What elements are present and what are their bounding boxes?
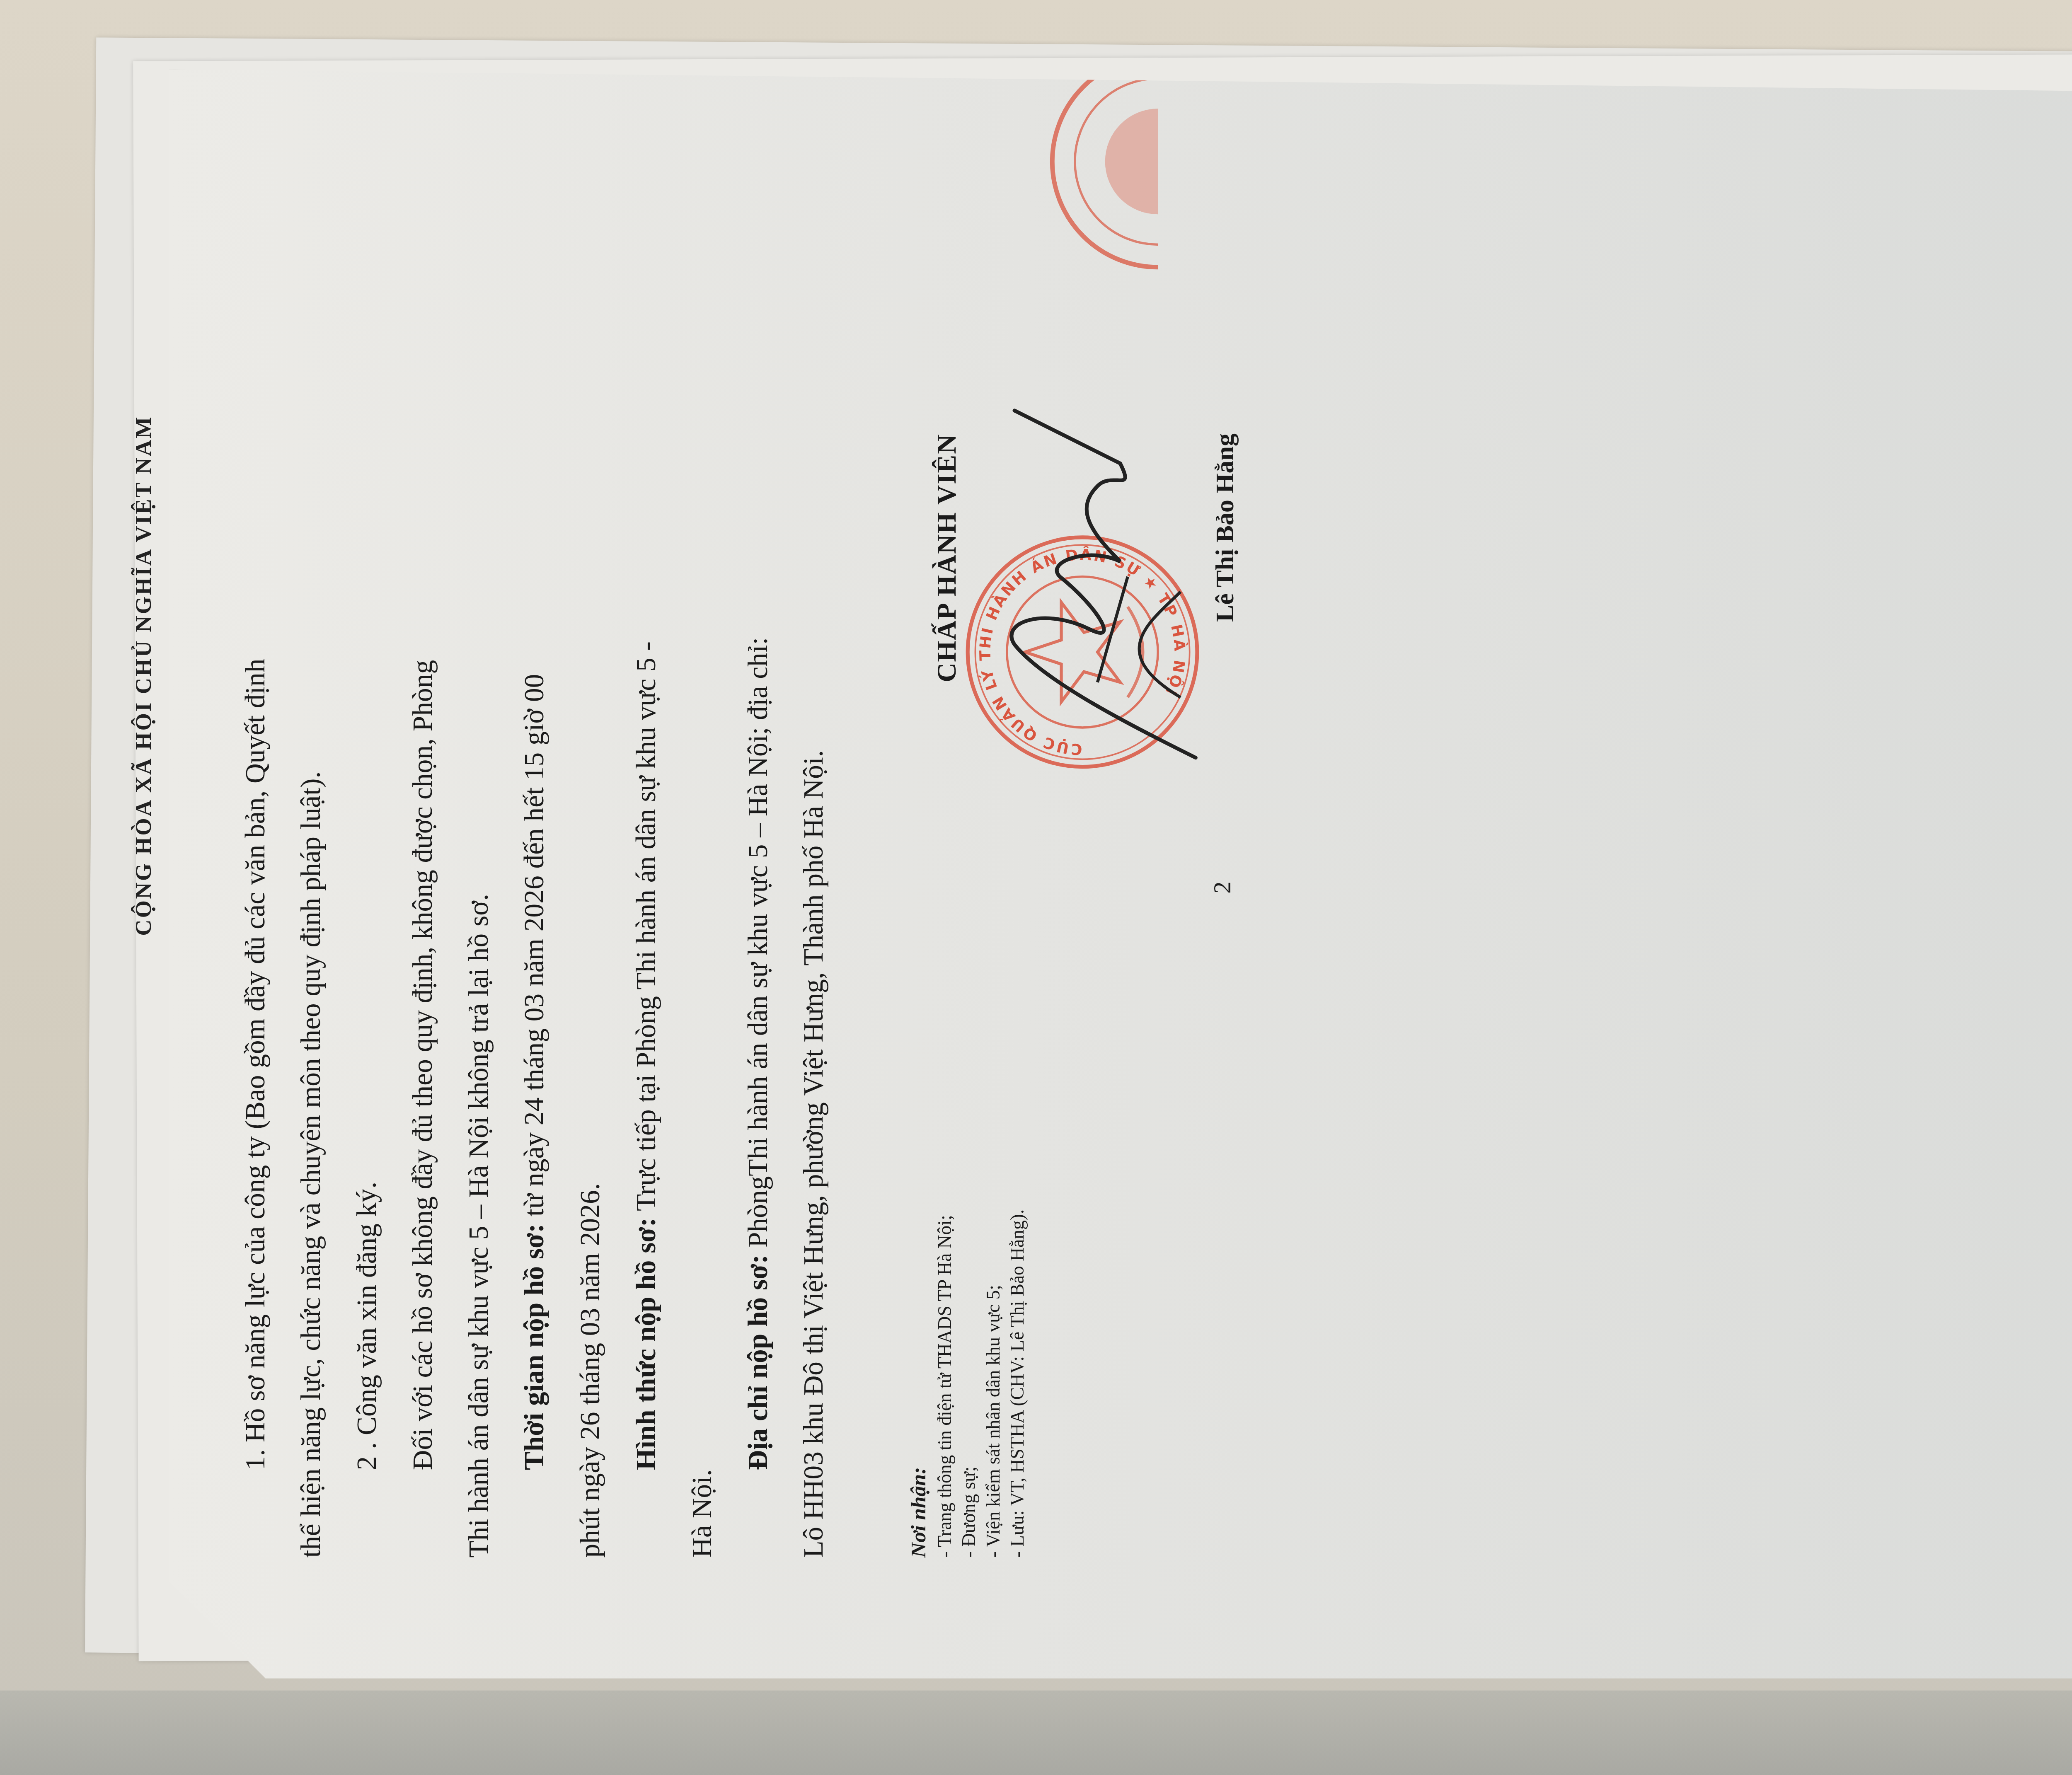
recipient-item: - Viện kiểm sát nhân dân khu vực 5; <box>981 1209 1005 1558</box>
page-number: 2 <box>1211 882 1238 894</box>
paragraph-line: Đối với các hồ sơ không đầy đủ theo quy … <box>397 660 453 1470</box>
paragraph-line: 1. Hồ sơ năng lực của công ty (Bao gồm đ… <box>230 658 286 1470</box>
paragraph-line: 2 . Công văn xin đăng ký. <box>341 1182 397 1470</box>
recipient-item: - Lưu: VT, HSTHA (CHV: Lê Thị Bảo Hằng). <box>1005 1209 1029 1558</box>
paragraph-line: thể hiện năng lực, chức năng và chuyên m… <box>286 771 341 1558</box>
page-content: 2 1. Hồ sơ năng lực của công ty (Bao gồm… <box>169 70 2072 1678</box>
recipient-item: - Đương sự; <box>957 1209 981 1558</box>
submission-time: Thời gian nộp hồ sơ: từ ngày 24 tháng 03… <box>509 674 565 1470</box>
signer-name: Lê Thị Bảo Hằng <box>1211 433 1241 622</box>
recipients-title: Nơi nhận: <box>909 1209 933 1558</box>
submission-address: Địa chỉ nộp hồ sơ: PhòngThi hành án dân … <box>732 637 788 1470</box>
folder-edge <box>0 1690 2072 1775</box>
handwritten-signature <box>954 395 1241 788</box>
recipient-item: - Trang thông tin điện tử THADS TP Hà Nộ… <box>933 1209 957 1558</box>
document-page: 2 1. Hồ sơ năng lực của công ty (Bao gồm… <box>169 70 2072 1678</box>
submission-address: Lô HH03 khu Đô thị Việt Hưng, phường Việ… <box>788 750 844 1557</box>
recipients-block: Nơi nhận: - Trang thông tin điện tử THAD… <box>909 1209 1029 1558</box>
recipients-list: - Trang thông tin điện tử THADS TP Hà Nộ… <box>933 1209 1029 1558</box>
submission-method: Hình thức nộp hồ sơ: Trực tiếp tại Phòng… <box>620 641 676 1470</box>
submission-method: Hà Nội. <box>676 1469 732 1557</box>
photo-scene: CỘNG HÒA XÃ HỘI CHỦ NGHĨA VIỆT NAM 2H | … <box>0 0 2072 1775</box>
submission-time: phút ngày 26 tháng 03 năm 2026. <box>564 1183 620 1557</box>
paragraph-line: Thi hành án dân sự khu vực 5 – Hà Nội kh… <box>453 894 509 1557</box>
